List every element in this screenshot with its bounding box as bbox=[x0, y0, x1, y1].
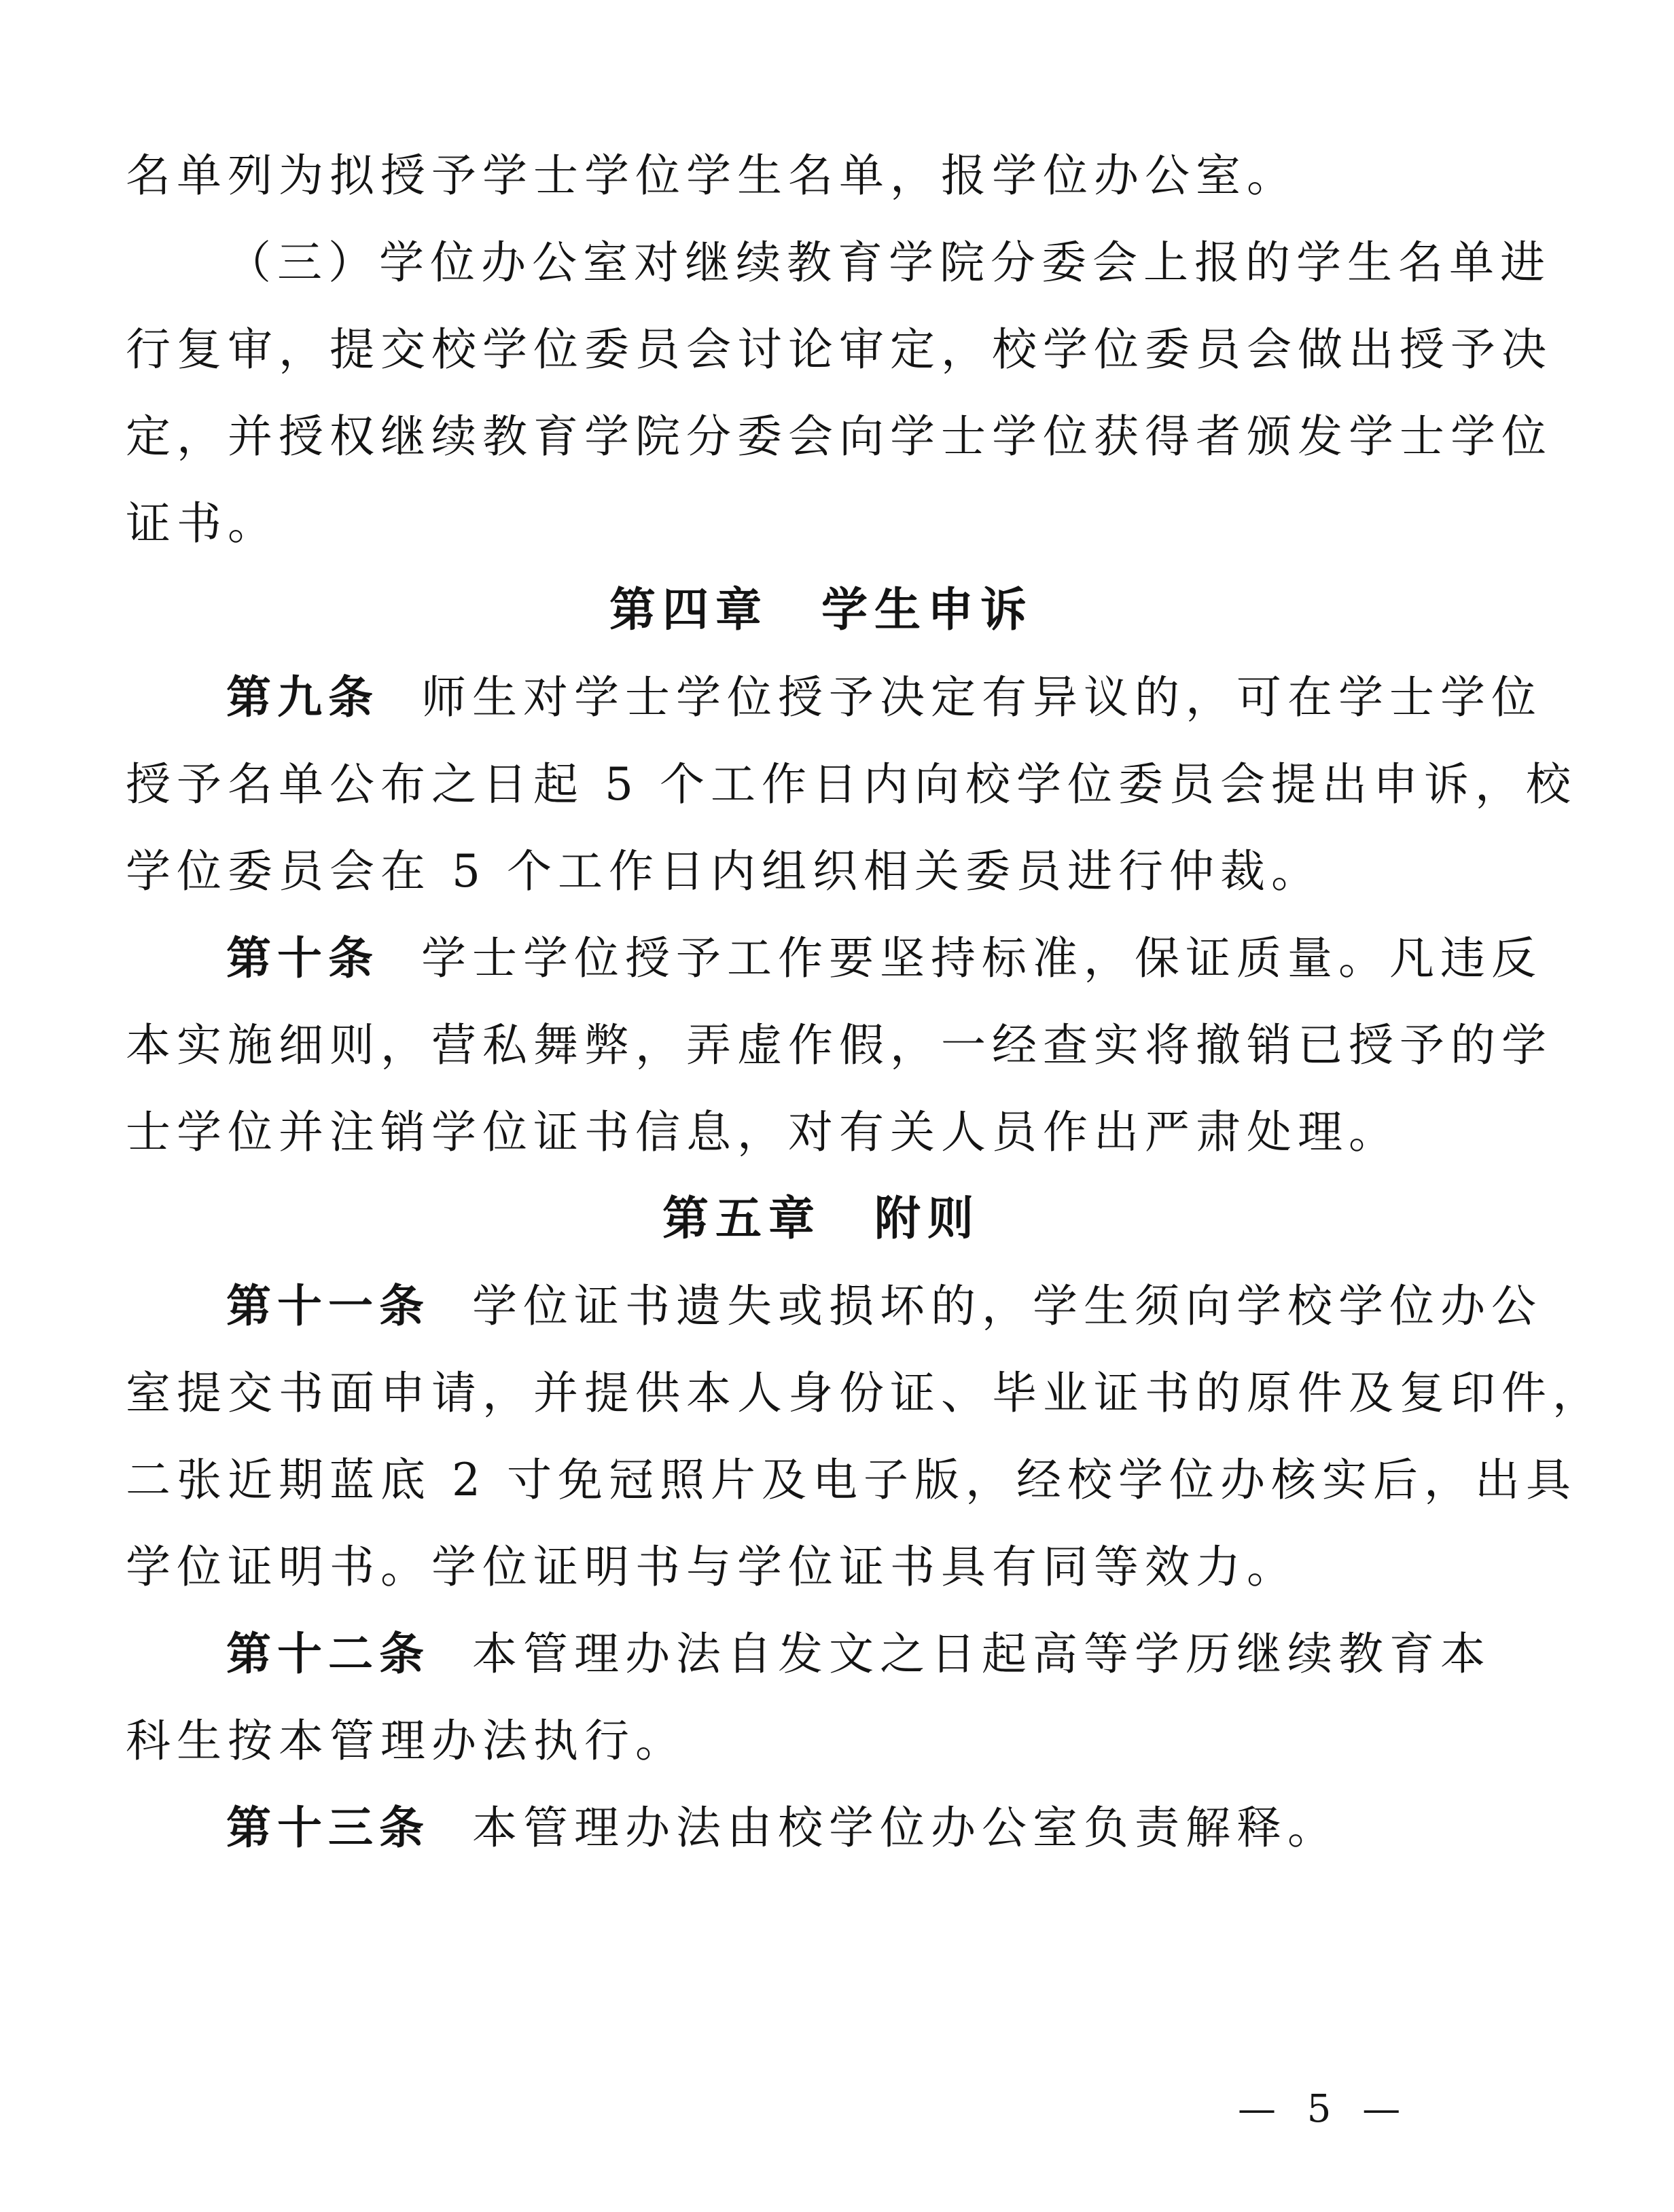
article-number: 第十三条 bbox=[226, 1791, 430, 1856]
text-line: 行复审，提交校学位委员会讨论审定，校学位委员会做出授予决 bbox=[126, 302, 1517, 389]
line-text: 定，并授权继续教育学院分委会向学士学位获得者颁发学士学位 bbox=[126, 400, 1552, 465]
text-line: 本实施细则，营私舞弊，弄虚作假，一经查实将撤销已授予的学 bbox=[126, 997, 1517, 1084]
text-line: 学位证明书。学位证明书与学位证书具有同等效力。 bbox=[126, 1519, 1517, 1606]
text-line: 学位委员会在 5 个工作日内组织相关委员进行仲裁。 bbox=[126, 823, 1517, 910]
article-line: 第十一条 学位证书遗失或损坏的，学生须向学校学位办公 bbox=[126, 1258, 1517, 1345]
line-text: 士学位并注销学位证书信息，对有关人员作出严肃处理。 bbox=[126, 1096, 1400, 1160]
line-text: 本实施细则，营私舞弊，弄虚作假，一经查实将撤销已授予的学 bbox=[126, 1009, 1552, 1073]
line-text: 学位证明书。学位证明书与学位证书具有同等效力。 bbox=[126, 1531, 1298, 1595]
article-number: 第九条 bbox=[226, 661, 379, 726]
text-line: 授予名单公布之日起 5 个工作日内向校学位委员会提出申诉，校 bbox=[126, 736, 1517, 823]
document-body: 名单列为拟授予学士学位学生名单，报学位办公室。 （三）学位办公室对继续教育学院分… bbox=[126, 128, 1517, 1867]
article-text: 本管理办法由校学位办公室负责解释。 bbox=[472, 1791, 1338, 1856]
page-number-text: — 5 — bbox=[1238, 2087, 1410, 2131]
text-line: 名单列为拟授予学士学位学生名单，报学位办公室。 bbox=[126, 128, 1517, 215]
article-line: 第十二条 本管理办法自发文之日起高等学历继续教育本 bbox=[126, 1606, 1517, 1693]
line-text: （三）学位办公室对继续教育学院分委会上报的学生名单进 bbox=[226, 226, 1551, 291]
line-text: 证书。 bbox=[126, 487, 279, 552]
article-text: 学位证书遗失或损坏的，学生须向学校学位办公 bbox=[472, 1270, 1542, 1334]
article-line: 第九条 师生对学士学位授予决定有异议的，可在学士学位 bbox=[126, 649, 1517, 736]
article-line: 第十三条 本管理办法由校学位办公室负责解释。 bbox=[126, 1780, 1517, 1867]
text-line: 科生按本管理办法执行。 bbox=[126, 1693, 1517, 1780]
article-number: 第十条 bbox=[226, 922, 379, 986]
text-line: 士学位并注销学位证书信息，对有关人员作出严肃处理。 bbox=[126, 1084, 1517, 1171]
article-text: 师生对学士学位授予决定有异议的，可在学士学位 bbox=[421, 661, 1542, 726]
line-text: 授予名单公布之日起 5 个工作日内向校学位委员会提出申诉，校 bbox=[126, 748, 1577, 813]
article-text: 本管理办法自发文之日起高等学历继续教育本 bbox=[472, 1618, 1491, 1682]
line-text: 二张近期蓝底 2 寸免冠照片及电子版，经校学位办核实后，出具 bbox=[126, 1444, 1577, 1508]
article-number: 第十二条 bbox=[226, 1618, 430, 1682]
text-line: 室提交书面申请，并提供本人身份证、毕业证书的原件及复印件， bbox=[126, 1345, 1517, 1432]
line-text: 科生按本管理办法执行。 bbox=[126, 1705, 686, 1769]
text-line: 定，并授权继续教育学院分委会向学士学位获得者颁发学士学位 bbox=[126, 389, 1517, 476]
chapter-heading-4: 第四章 学生申诉 bbox=[126, 563, 1517, 649]
article-number: 第十一条 bbox=[226, 1270, 430, 1334]
text-line: （三）学位办公室对继续教育学院分委会上报的学生名单进 bbox=[126, 215, 1517, 302]
article-line: 第十条 学士学位授予工作要坚持标准，保证质量。凡违反 bbox=[126, 910, 1517, 997]
chapter-heading-5: 第五章 附则 bbox=[126, 1171, 1517, 1258]
article-text: 学士学位授予工作要坚持标准，保证质量。凡违反 bbox=[421, 922, 1542, 986]
line-text: 学位委员会在 5 个工作日内组织相关委员进行仲裁。 bbox=[126, 835, 1322, 899]
line-text: 名单列为拟授予学士学位学生名单，报学位办公室。 bbox=[126, 139, 1298, 204]
line-text: 室提交书面申请，并提供本人身份证、毕业证书的原件及复印件， bbox=[126, 1357, 1603, 1421]
page-number: — 5 — bbox=[1238, 2087, 1410, 2131]
line-text: 行复审，提交校学位委员会讨论审定，校学位委员会做出授予决 bbox=[126, 313, 1552, 378]
document-page: 名单列为拟授予学士学位学生名单，报学位办公室。 （三）学位办公室对继续教育学院分… bbox=[0, 0, 1674, 2212]
chapter-heading-text: 第四章 学生申诉 bbox=[609, 573, 1033, 639]
chapter-heading-text: 第五章 附则 bbox=[662, 1182, 980, 1248]
text-line: 二张近期蓝底 2 寸免冠照片及电子版，经校学位办核实后，出具 bbox=[126, 1432, 1517, 1519]
text-line: 证书。 bbox=[126, 476, 1517, 563]
